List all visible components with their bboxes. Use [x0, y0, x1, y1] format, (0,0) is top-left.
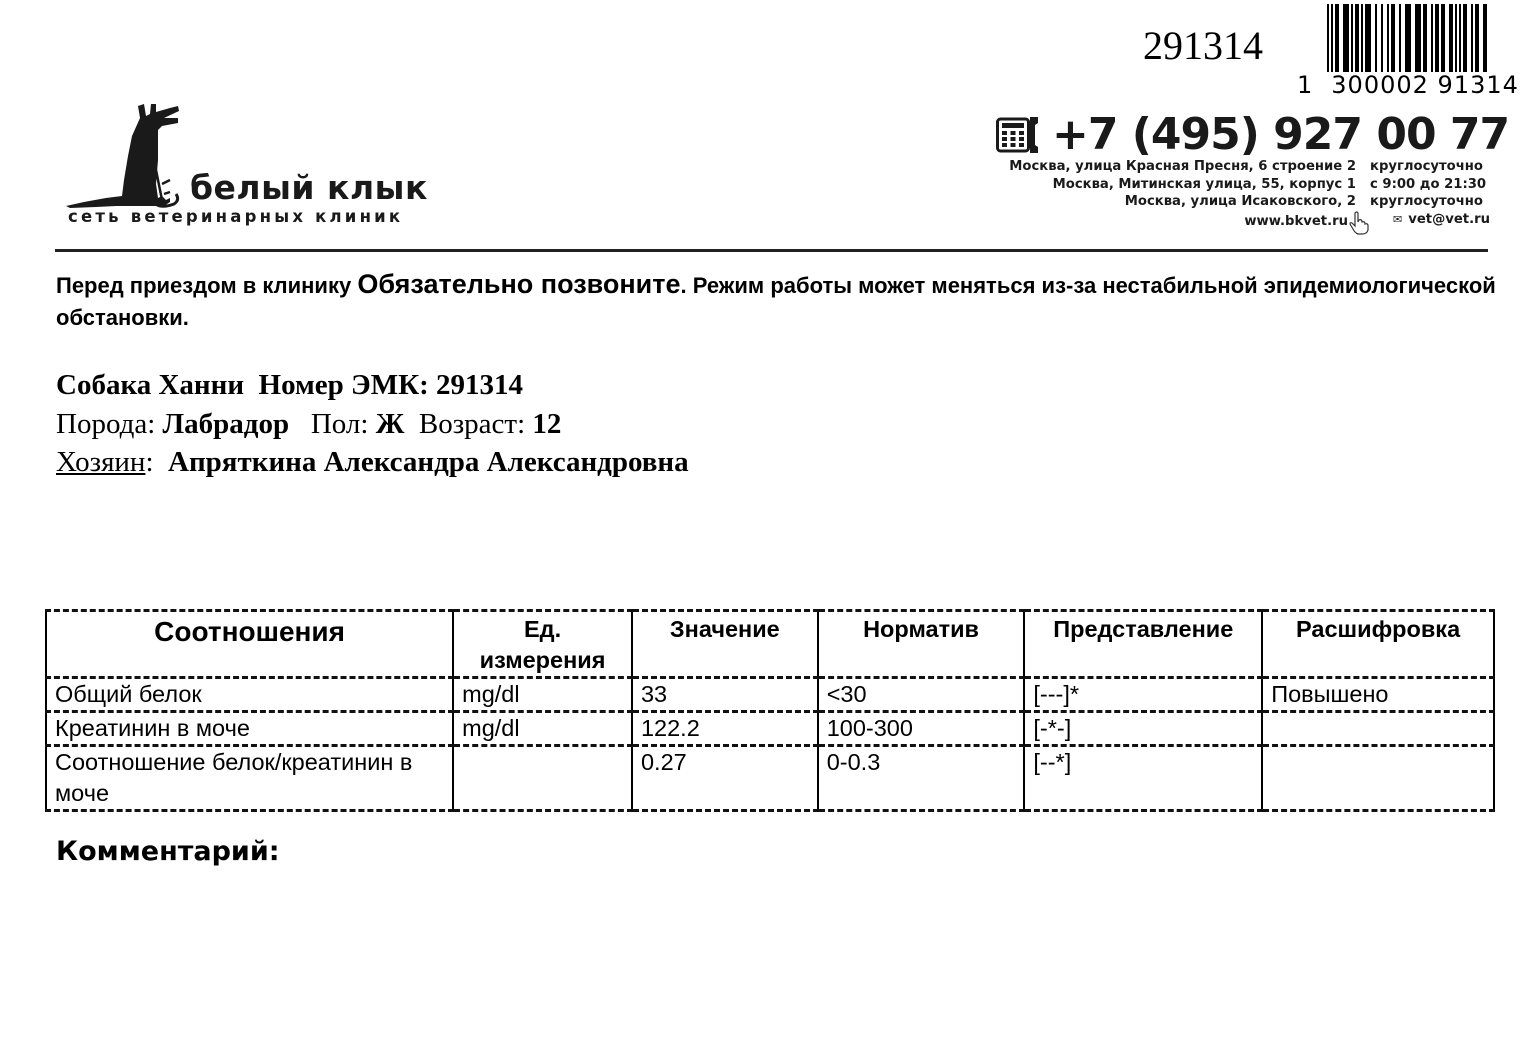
clinic-addresses: Москва, улица Красная Пресня, 6 строение… — [990, 158, 1490, 235]
cell-value: 122.2 — [632, 712, 818, 746]
cell-norm: 0-0.3 — [818, 746, 1025, 811]
age-value: 12 — [532, 408, 561, 440]
cell-value: 0.27 — [632, 746, 818, 811]
call-before-visit-notice: Перед приездом в клинику Обязательно поз… — [56, 268, 1526, 334]
cell-unit: mg/dl — [453, 712, 632, 746]
cell-view: [--*] — [1024, 746, 1262, 811]
address-text: Москва, улица Красная Пресня, 6 строение… — [1009, 158, 1356, 176]
email-wrap: ✉vet@vet.ru — [1384, 211, 1490, 235]
email-link[interactable]: vet@vet.ru — [1408, 212, 1490, 227]
notice-emphasis: Обязательно позвоните — [357, 269, 680, 299]
breed-value: Лабрадор — [163, 408, 290, 440]
table-row: Общий белок mg/dl 33 <30 [---]* Повышено — [46, 678, 1494, 712]
cell-interpretation: Повышено — [1262, 678, 1494, 712]
website-link[interactable]: www.bkvet.ru — [1244, 214, 1348, 229]
patient-line-3: Хозяин: Апряткина Александра Александров… — [56, 443, 689, 482]
cell-name: Общий белок — [46, 678, 453, 712]
results-table: Соотношения Ед. измерения Значение Норма… — [45, 609, 1495, 812]
address-hours: круглосуточно — [1370, 158, 1490, 176]
address-row: Москва, Митинская улица, 55, корпус 1 с … — [990, 176, 1490, 194]
address-text: Москва, Митинская улица, 55, корпус 1 — [1053, 176, 1356, 194]
cell-norm: 100-300 — [818, 712, 1025, 746]
phone-icon — [996, 115, 1040, 155]
barcode — [1327, 4, 1534, 72]
sex-label: Пол: — [311, 408, 369, 440]
address-row: Москва, улица Исаковского, 2 круглосуточ… — [990, 193, 1490, 211]
table-header-row: Соотношения Ед. измерения Значение Норма… — [46, 611, 1494, 678]
cell-unit — [453, 746, 632, 811]
logo-tagline: сеть ветеринарных клиник — [68, 208, 403, 226]
comment-label: Комментарий: — [56, 834, 280, 870]
patient-line-1: Собака Ханни Номер ЭМК: 291314 — [56, 366, 689, 405]
column-header-unit: Ед. измерения — [453, 611, 632, 678]
clinic-phone-number[interactable]: +7 (495) 927 00 77 — [1052, 110, 1509, 160]
address-hours: круглосуточно — [1370, 193, 1490, 211]
phone-block: +7 (495) 927 00 77 — [996, 108, 1509, 162]
clinic-logo: белый клык сеть ветеринарных клиник — [66, 100, 436, 230]
cell-name: Соотношение белок/креатинин в моче — [46, 746, 453, 811]
cell-value: 33 — [632, 678, 818, 712]
website-link-wrap: www.bkvet.ru — [1244, 211, 1370, 235]
barcode-group-1: 300002 — [1331, 71, 1429, 99]
address-row: Москва, улица Красная Пресня, 6 строение… — [990, 158, 1490, 176]
breed-label: Порода: — [56, 408, 155, 440]
barcode-digits: 1300002 91314 — [1297, 72, 1519, 98]
table-row: Соотношение белок/креатинин в моче 0.27 … — [46, 746, 1494, 811]
owner-label: Хозяин — [56, 446, 145, 478]
emk-value: 291314 — [436, 369, 523, 401]
logo-name: белый клык — [190, 170, 428, 206]
address-text: Москва, улица Исаковского, 2 — [1125, 193, 1356, 211]
cell-unit: mg/dl — [453, 678, 632, 712]
emk-label: Номер ЭМК: — [259, 369, 429, 401]
address-hours: с 9:00 до 21:30 — [1370, 176, 1490, 194]
cell-interpretation — [1262, 746, 1494, 811]
patient-info: Собака Ханни Номер ЭМК: 291314 Порода: Л… — [56, 366, 689, 482]
patient-species-name: Собака Ханни — [56, 369, 244, 401]
age-label: Возраст: — [419, 408, 525, 440]
column-header-view: Представление — [1024, 611, 1262, 678]
barcode-group-2: 91314 — [1438, 71, 1519, 99]
header-separator — [55, 249, 1488, 252]
column-header-norm: Норматив — [818, 611, 1025, 678]
hand-cursor-icon — [1348, 211, 1370, 235]
web-contacts-row: www.bkvet.ru ✉vet@vet.ru — [990, 211, 1490, 235]
sex-value: Ж — [376, 408, 405, 440]
barcode-bars-icon — [1327, 4, 1534, 72]
table-row: Креатинин в моче mg/dl 122.2 100-300 [-*… — [46, 712, 1494, 746]
column-header-value: Значение — [632, 611, 818, 678]
cell-norm: <30 — [818, 678, 1025, 712]
emk-number-header: 291314 — [1143, 24, 1263, 68]
column-header-interpretation: Расшифровка — [1262, 611, 1494, 678]
owner-value: Апряткина Александра Александровна — [168, 446, 689, 478]
barcode-first-digit: 1 — [1297, 71, 1313, 99]
cell-name: Креатинин в моче — [46, 712, 453, 746]
cell-view: [-*-] — [1024, 712, 1262, 746]
cell-interpretation — [1262, 712, 1494, 746]
patient-line-2: Порода: Лабрадор Пол: Ж Возраст: 12 — [56, 405, 689, 444]
notice-part-1: Перед приездом в клинику — [56, 273, 357, 298]
dog-silhouette-icon — [66, 100, 196, 212]
cell-view: [---]* — [1024, 678, 1262, 712]
column-header-ratios: Соотношения — [46, 611, 453, 678]
envelope-icon: ✉ — [1393, 213, 1402, 226]
